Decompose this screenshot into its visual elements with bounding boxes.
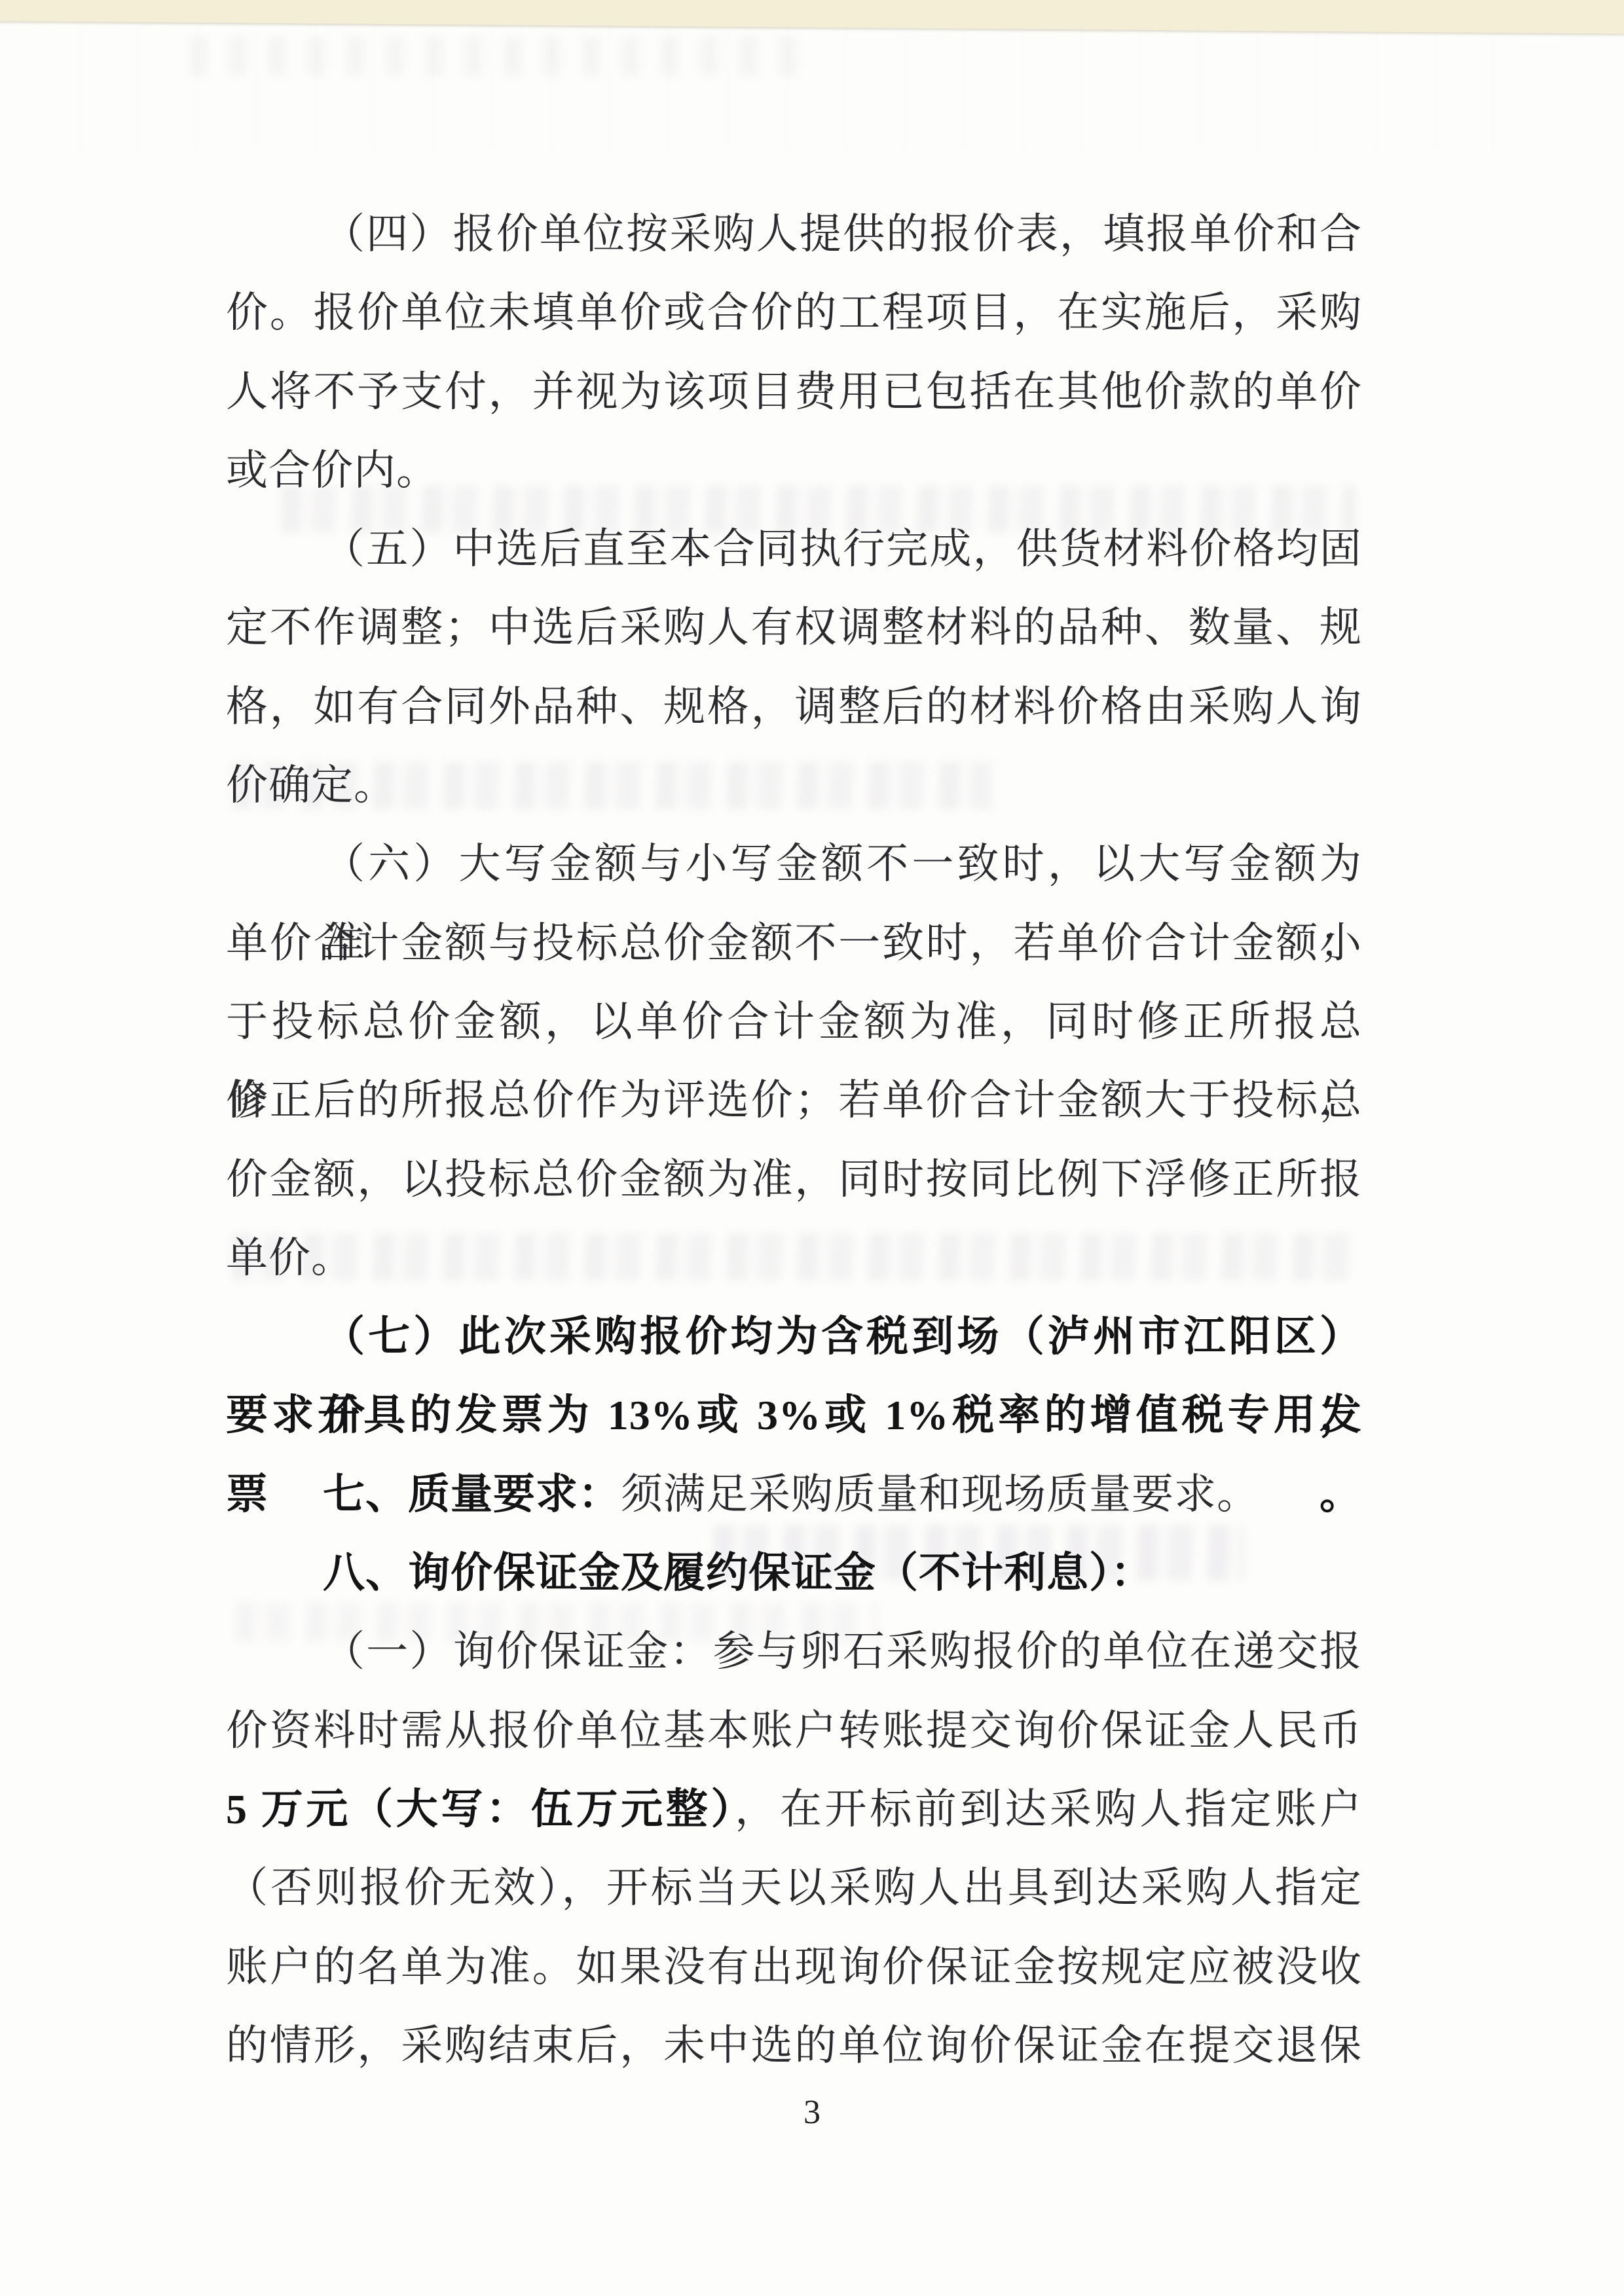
body-text: 人将不予支付，并视为该项目费用已包括在其他价款的单价: [226, 369, 1362, 415]
body-text: 价资料时需从报价单位基本账户转账提交询价保证金人民币: [226, 1707, 1362, 1754]
body-text: 账户的名单为准。如果没有出现询价保证金按规定应被没收: [226, 1944, 1362, 1990]
text-line: （七）此次采购报价均为含税到场（泸州市江阳区）价，: [226, 1298, 1362, 1376]
body-text: 单价。: [226, 1235, 354, 1281]
body-text: 单价合计金额与投标总价金额不一致时，若单价合计金额小: [226, 920, 1362, 966]
text-line: （否则报价无效），开标当天以采购人出具到达采购人指定: [226, 1849, 1362, 1927]
text-line: 修正后的所报总价作为评选价；若单价合计金额大于投标总: [226, 1061, 1362, 1140]
scanned-page: （四）报价单位按采购人提供的报价表，填报单价和合价。报价单位未填单价或合价的工程…: [0, 0, 1624, 2296]
body-text: （否则报价无效），开标当天以采购人出具到达采购人指定: [226, 1865, 1362, 1911]
body-text: 价。报价单位未填单价或合价的工程项目，在实施后，采购: [226, 289, 1362, 336]
text-line: 七、质量要求：须满足采购质量和现场质量要求。: [226, 1455, 1362, 1534]
bold-text: 八、询价保证金及履约保证金（不计利息）：: [323, 1550, 1153, 1596]
document-lines: （四）报价单位按采购人提供的报价表，填报单价和合价。报价单位未填单价或合价的工程…: [226, 195, 1362, 2085]
body-text: 修正后的所报总价作为评选价；若单价合计金额大于投标总: [226, 1077, 1362, 1123]
text-line: 人将不予支付，并视为该项目费用已包括在其他价款的单价: [226, 353, 1362, 431]
body-text: 格，如有合同外品种、规格，调整后的材料价格由采购人询: [226, 683, 1362, 730]
body-text: 价确定。: [226, 762, 396, 809]
body-text: （五）中选后直至本合同执行完成，供货材料价格均固: [323, 526, 1362, 572]
body-text: 价金额，以投标总价金额为准，同时按同比例下浮修正所报: [226, 1156, 1362, 1203]
body-text: 须满足采购质量和现场质量要求。: [621, 1471, 1259, 1518]
text-line: （五）中选后直至本合同执行完成，供货材料价格均固: [226, 510, 1362, 589]
text-line: 单价。: [226, 1219, 1362, 1298]
text-line: （一）询价保证金：参与卵石采购报价的单位在递交报: [226, 1613, 1362, 1691]
text-line: （四）报价单位按采购人提供的报价表，填报单价和合: [226, 195, 1362, 274]
text-line: 价资料时需从报价单位基本账户转账提交询价保证金人民币: [226, 1692, 1362, 1770]
body-text: 的情形，采购结束后，未中选的单位询价保证金在提交退保: [226, 2022, 1362, 2069]
text-line: （六）大写金额与小写金额不一致时，以大写金额为准；: [226, 825, 1362, 903]
text-line: 要求开具的发票为 13%或 3%或 1%税率的增值税专用发票。: [226, 1376, 1362, 1455]
body-text: （四）报价单位按采购人提供的报价表，填报单价和合: [323, 211, 1362, 257]
text-line: 的情形，采购结束后，未中选的单位询价保证金在提交退保: [226, 2007, 1362, 2085]
text-line: 于投标总价金额，以单价合计金额为准，同时修正所报总价，: [226, 983, 1362, 1061]
text-line: 八、询价保证金及履约保证金（不计利息）：: [226, 1534, 1362, 1613]
text-line: 价。报价单位未填单价或合价的工程项目，在实施后，采购: [226, 274, 1362, 352]
bold-text: 七、质量要求：: [323, 1471, 621, 1518]
page-number: 3: [0, 2090, 1624, 2136]
text-line: 单价合计金额与投标总价金额不一致时，若单价合计金额小: [226, 904, 1362, 983]
body-text: （一）询价保证金：参与卵石采购报价的单位在递交报: [323, 1628, 1362, 1675]
text-line: 价金额，以投标总价金额为准，同时按同比例下浮修正所报: [226, 1140, 1362, 1219]
text-line: 或合价内。: [226, 431, 1362, 510]
text-line: 定不作调整；中选后采购人有权调整材料的品种、数量、规: [226, 589, 1362, 667]
text-line: 5 万元（大写：伍万元整），在开标前到达采购人指定账户: [226, 1770, 1362, 1849]
text-line: 账户的名单为准。如果没有出现询价保证金按规定应被没收: [226, 1928, 1362, 2007]
scanner-streaks: [79, 26, 1545, 151]
text-line: 格，如有合同外品种、规格，调整后的材料价格由采购人询: [226, 668, 1362, 746]
body-text: 定不作调整；中选后采购人有权调整材料的品种、数量、规: [226, 604, 1362, 651]
body-text: ，在开标前到达采购人指定账户: [735, 1786, 1362, 1832]
text-line: 价确定。: [226, 746, 1362, 825]
body-text: 或合价内。: [226, 447, 439, 494]
bold-text: 5 万元（大写：伍万元整）: [226, 1786, 735, 1832]
